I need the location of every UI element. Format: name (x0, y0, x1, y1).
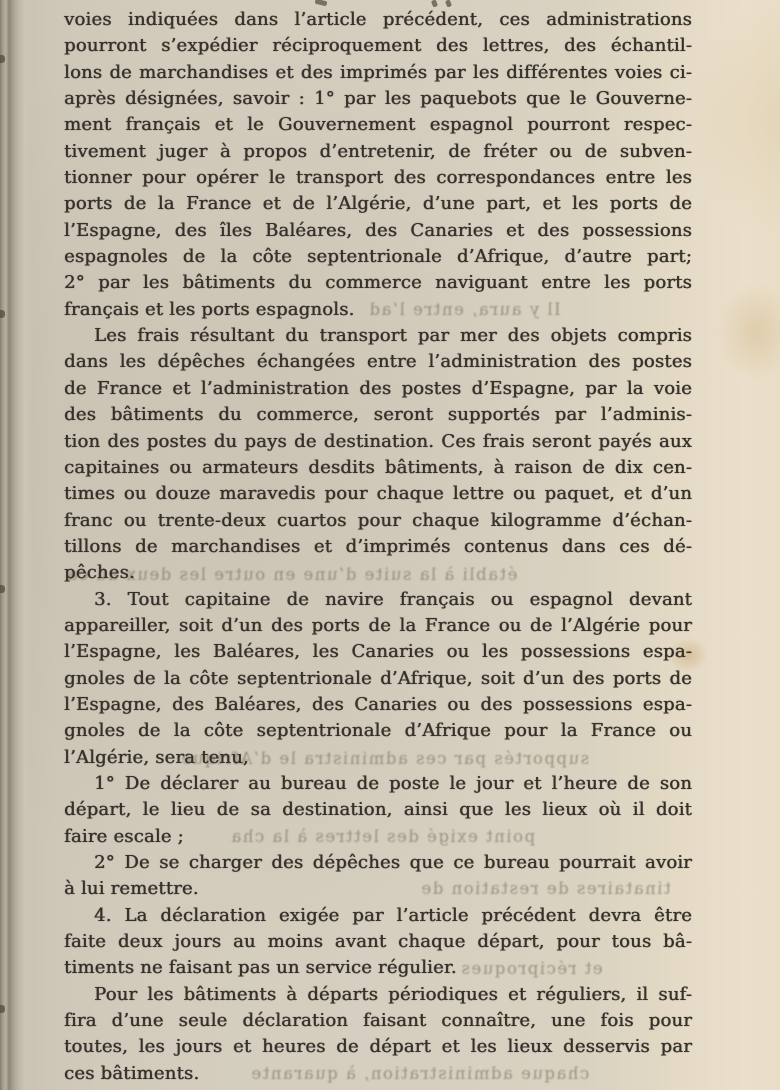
page-edge-mark (0, 310, 5, 318)
text-line: pêches. (64, 560, 692, 586)
text-line: capitaines ou armateurs desdits bâtiment… (64, 455, 692, 481)
text-line: l’Espagne, des îles Baléares, des Canari… (64, 218, 692, 244)
page-header-remnant (315, 0, 328, 6)
text-line: faite deux jours au moins avant chaque d… (64, 929, 692, 955)
text-line: 1° De déclarer au bureau de poste le jou… (64, 771, 692, 797)
text-line: tivement juger à propos d’entretenir, de… (64, 139, 692, 165)
text-line: voies indiquées dans l’article précédent… (64, 7, 692, 33)
text-line: times ou douze maravedis pour chaque let… (64, 481, 692, 507)
text-line: 2° par les bâtiments du commerce navigua… (64, 270, 692, 296)
text-line: Pour les bâtiments à départs périodiques… (64, 982, 692, 1008)
text-line: 4. La déclaration exigée par l’article p… (64, 903, 692, 929)
text-line: l’Algérie, sera tenu, (64, 745, 692, 771)
text-line: toutes, les jours et heures de départ et… (64, 1034, 692, 1060)
text-line: de France et l’administration des postes… (64, 376, 692, 402)
page-edge-mark (0, 585, 5, 593)
text-line: pourront s’expédier réciproquement des l… (64, 33, 692, 59)
text-line: à lui remettre. (64, 876, 692, 902)
text-line: faire escale ; (64, 824, 692, 850)
page-edge-mark (0, 55, 5, 63)
text-line: départ, le lieu de sa destination, ainsi… (64, 797, 692, 823)
text-line: gnoles de la côte septentrionale d’Afriq… (64, 666, 692, 692)
text-line: des bâtiments du commerce, seront suppor… (64, 402, 692, 428)
text-line: appareiller, soit d’un des ports de la F… (64, 613, 692, 639)
text-line: dans les dépêches échangées entre l’admi… (64, 349, 692, 375)
text-line: 2° De se charger des dépêches que ce bur… (64, 850, 692, 876)
body-text: voies indiquées dans l’article précédent… (64, 7, 692, 1087)
text-line: ces bâtiments. (64, 1061, 692, 1087)
text-line: tillons de marchandises et d’imprimés co… (64, 534, 692, 560)
text-line: Les frais résultant du transport par mer… (64, 323, 692, 349)
text-line: ment français et le Gouvernement espagno… (64, 112, 692, 138)
text-line: 3. Tout capitaine de navire français ou … (64, 587, 692, 613)
text-line: français et les ports espagnols. (64, 297, 692, 323)
text-line: lons de marchandises et des imprimés par… (64, 60, 692, 86)
text-line: l’Espagne, les Baléares, les Canaries ou… (64, 639, 692, 665)
text-line: ports de la France et de l’Algérie, d’un… (64, 191, 692, 217)
text-line: franc ou trente-deux cuartos pour chaque… (64, 508, 692, 534)
text-line: l’Espagne, des Baléares, des Canaries ou… (64, 692, 692, 718)
text-line: timents ne faisant pas un service réguli… (64, 955, 692, 981)
text-line: tion des postes du pays de destination. … (64, 429, 692, 455)
text-line: gnoles de la côte septentrionale d’Afriq… (64, 718, 692, 744)
binding-gutter-shadow (0, 0, 32, 1090)
text-line: après désignées, savoir : 1° par les paq… (64, 86, 692, 112)
scanned-book-page: Il y aura, entre l’ad établi à la suite … (0, 0, 780, 1090)
text-line: tionner pour opérer le transport des cor… (64, 165, 692, 191)
text-line: espagnoles de la côte septentrionale d’A… (64, 244, 692, 270)
page-edge-mark (0, 1005, 5, 1013)
text-line: fira d’une seule déclaration faisant con… (64, 1008, 692, 1034)
